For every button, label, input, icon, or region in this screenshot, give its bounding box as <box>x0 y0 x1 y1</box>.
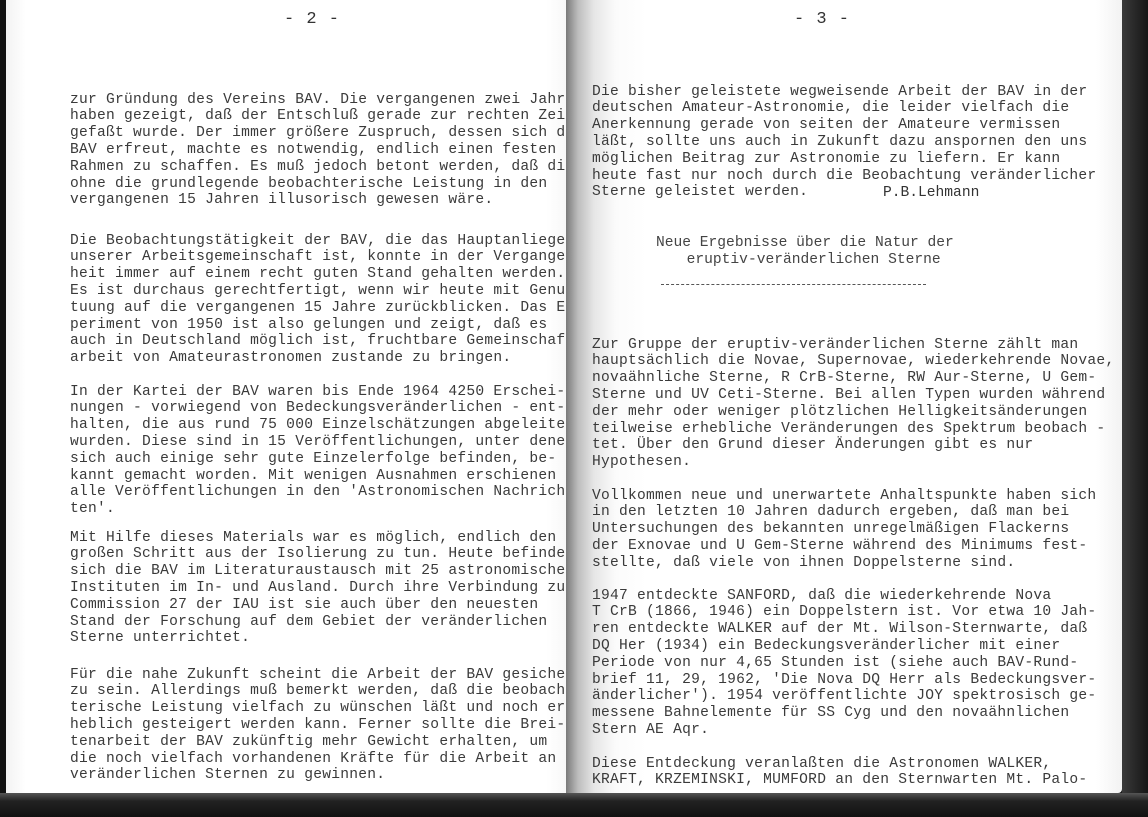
paragraph: 1947 entdeckte SANFORD, daß die wiederke… <box>592 588 1096 739</box>
scan-bottom-shadow <box>0 793 1148 817</box>
author-signature: P.B.Lehmann <box>883 185 979 201</box>
paragraph: Zur Gruppe der eruptiv-veränderlichen St… <box>592 337 1114 471</box>
body-text: Die bisher geleistete wegweisende Arbeit… <box>592 50 1096 235</box>
title-underline <box>661 284 926 285</box>
book-spread: - 2 - zur Gründung des Vereins BAV. Die … <box>0 0 1148 817</box>
page-number: - 2 - <box>284 10 340 29</box>
paragraph: Diese Entdeckung veranlaßten die Astrono… <box>592 756 1087 790</box>
body-text: Für die nahe Zukunft scheint die Arbeit … <box>70 633 566 796</box>
paragraph: Die Beobachtungstätigkeit der BAV, die d… <box>70 233 566 367</box>
intro-paragraph: Die bisher geleistete wegweisende Arbeit… <box>592 84 1096 202</box>
right-page: - 3 - Die bisher geleistete wegweisende … <box>566 0 1122 793</box>
paragraph: Mit Hilfe dieses Materials war es möglic… <box>70 530 566 648</box>
page-number: - 3 - <box>794 10 850 29</box>
scan-edge-shadow <box>1122 0 1148 817</box>
paragraph: zur Gründung des Vereins BAV. Die vergan… <box>70 92 566 210</box>
paragraph: Für die nahe Zukunft scheint die Arbeit … <box>70 667 566 785</box>
body-text: Diese Entdeckung veranlaßten die Astrono… <box>592 722 1087 793</box>
left-page: - 2 - zur Gründung des Vereins BAV. Die … <box>0 0 566 796</box>
article-title: Neue Ergebnisse über die Natur der erupt… <box>656 235 954 269</box>
